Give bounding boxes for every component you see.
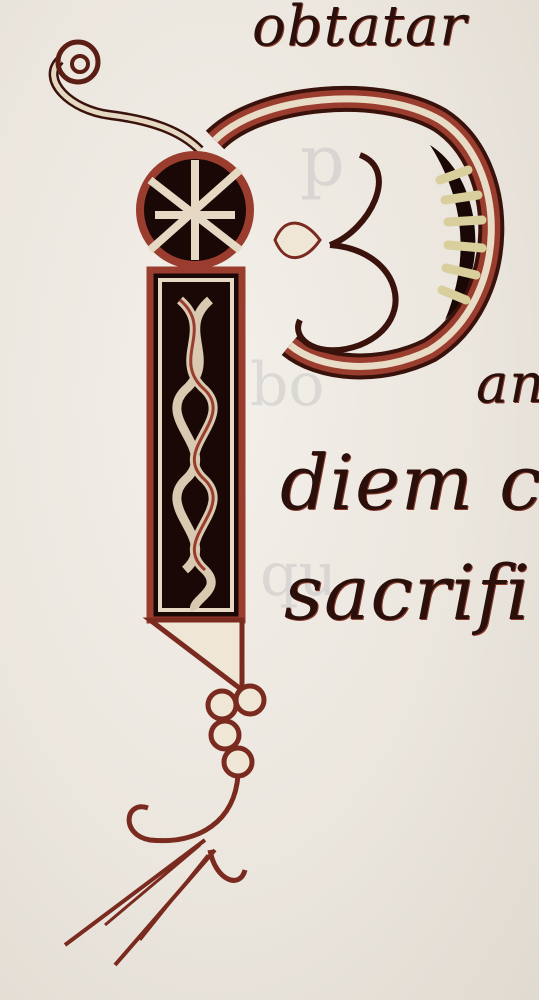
manuscript-page: p bo qu <box>0 0 539 1000</box>
text-line-4: sacrifi <box>284 548 531 637</box>
text-line-1: obtatar <box>252 0 467 59</box>
text-line-3: diem c <box>280 438 539 527</box>
text-line-2: an <box>476 352 539 415</box>
